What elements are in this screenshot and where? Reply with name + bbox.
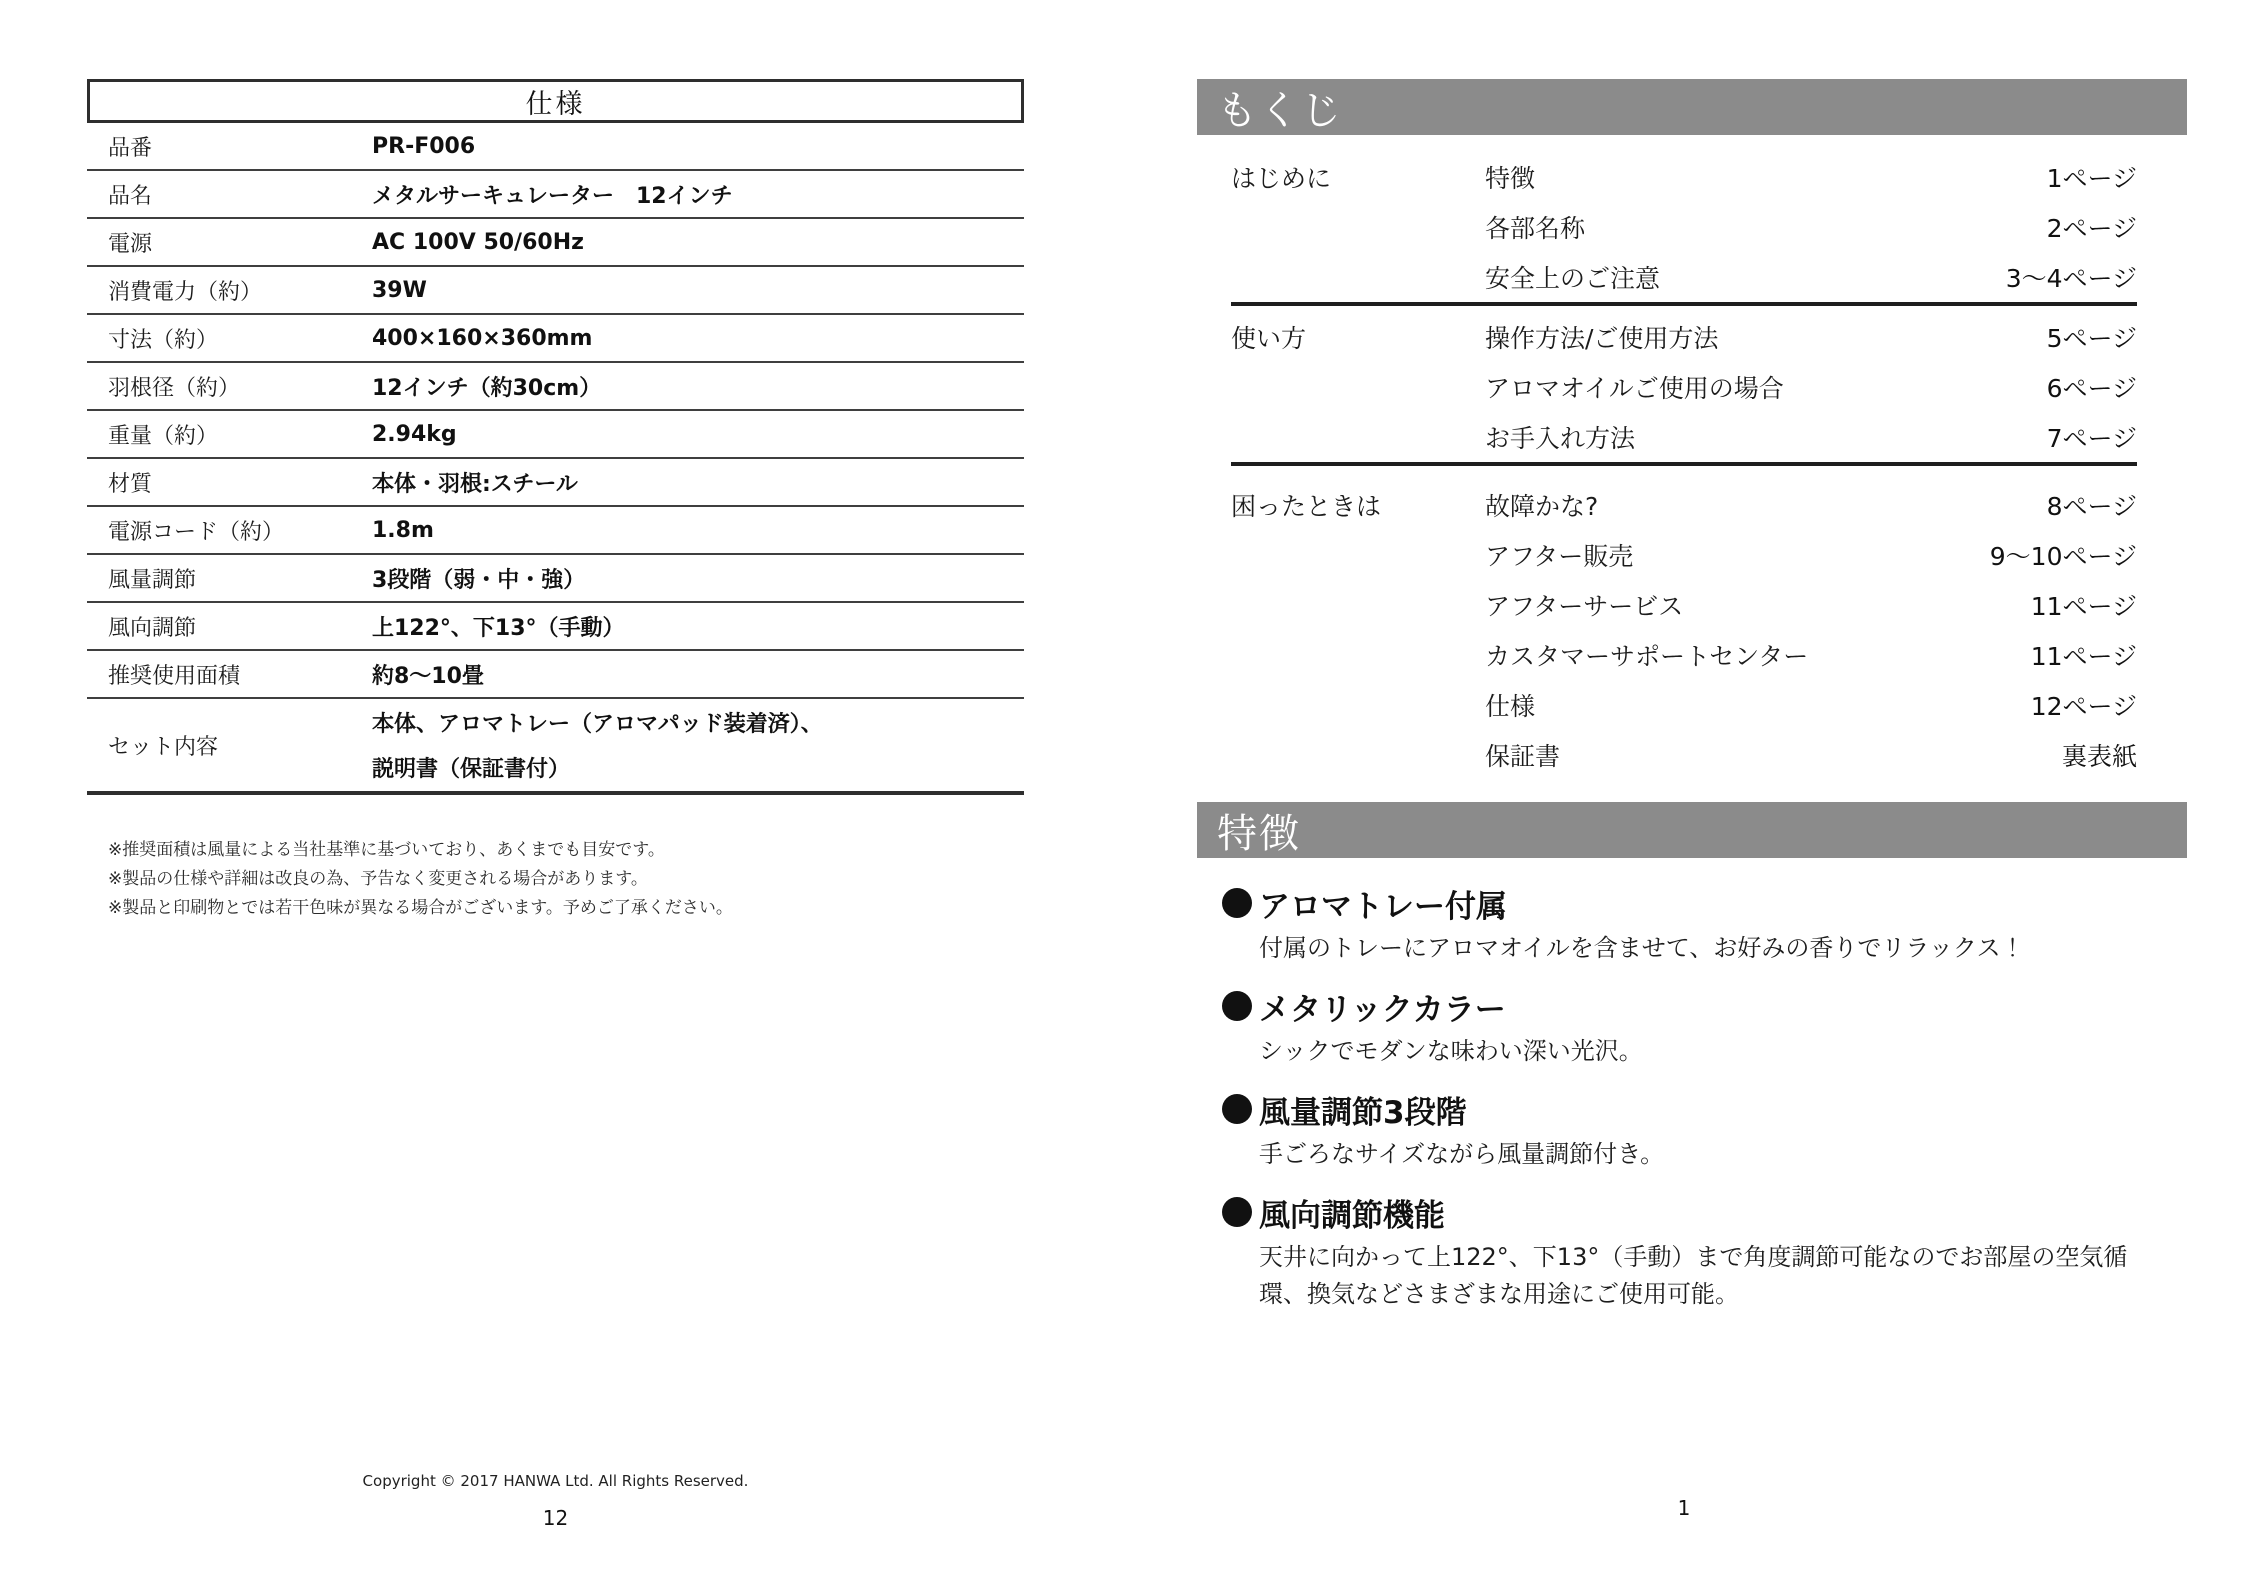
spec-value-line: 本体、アロマトレー（アロマパッド装着済）、	[372, 707, 823, 738]
spec-table-title: 仕様	[87, 79, 1024, 123]
spec-row: 風向調節 上122°、下13°（手動）	[87, 603, 1024, 651]
toc-item-label: 保証書	[1485, 737, 2062, 773]
spec-label: 羽根径（約）	[87, 371, 372, 402]
spec-row: 品名 メタルサーキュレーター 12インチ	[87, 171, 1024, 219]
spec-row: 消費電力（約） 39W	[87, 267, 1024, 315]
spec-label: 材質	[87, 467, 372, 498]
page-number-left: 12	[87, 1506, 1024, 1530]
spec-row: 材質 本体・羽根:スチール	[87, 459, 1024, 507]
toc-row: お手入れ方法 7ページ	[1231, 412, 2137, 462]
features-list: アロマトレー付属 付属のトレーにアロマオイルを含ませて、お好みの香りでリラックス…	[1222, 882, 2172, 1331]
spec-row: 電源コード（約） 1.8m	[87, 507, 1024, 555]
toc-table: はじめに 特徴 1ページ 各部名称 2ページ 安全上のご注意 3〜4ページ 使い…	[1231, 152, 2137, 780]
spec-value: 上122°、下13°（手動）	[372, 611, 625, 642]
features-header-bar: 特徴	[1197, 802, 2187, 858]
feature-desc: シックでモダンな味わい深い光沢。	[1259, 1033, 2172, 1070]
spec-value: PR-F006	[372, 134, 475, 159]
toc-item-page: 8ページ	[2047, 487, 2137, 523]
toc-row: 安全上のご注意 3〜4ページ	[1231, 252, 2137, 302]
toc-item-page: 5ページ	[2047, 319, 2137, 355]
toc-row: アロマオイルご使用の場合 6ページ	[1231, 362, 2137, 412]
spec-row: 重量（約） 2.94kg	[87, 411, 1024, 459]
spec-value: 本体・羽根:スチール	[372, 467, 578, 498]
spec-value: 39W	[372, 278, 427, 303]
toc-item-page: 2ページ	[2047, 209, 2137, 245]
bullet-icon	[1222, 888, 1252, 918]
toc-item-label: 安全上のご注意	[1485, 259, 2006, 295]
bullet-icon	[1222, 991, 1252, 1021]
note-line: ※推奨面積は風量による当社基準に基づいており、あくまでも目安です。	[108, 836, 733, 865]
spec-label: 重量（約）	[87, 419, 372, 450]
spec-label: 寸法（約）	[87, 323, 372, 354]
toc-section-tsukaikata: 使い方 操作方法/ご使用方法 5ページ アロマオイルご使用の場合 6ページ お手…	[1231, 306, 2137, 466]
toc-item-label: カスタマーサポートセンター	[1485, 637, 2031, 673]
feature-title: 風向調節機能	[1259, 1190, 1445, 1235]
spec-value-line: 説明書（保証書付）	[372, 752, 823, 783]
spec-value: 400×160×360mm	[372, 326, 592, 351]
toc-category: 使い方	[1231, 319, 1485, 355]
toc-item-label: 操作方法/ご使用方法	[1485, 319, 2047, 355]
feature-title: アロマトレー付属	[1259, 881, 1507, 926]
spec-label: 消費電力（約）	[87, 275, 372, 306]
toc-row: アフターサービス 11ページ	[1231, 580, 2137, 630]
spec-row: 電源 AC 100V 50/60Hz	[87, 219, 1024, 267]
spec-label: 風量調節	[87, 563, 372, 594]
toc-row: はじめに 特徴 1ページ	[1231, 152, 2137, 202]
spec-label: 推奨使用面積	[87, 659, 372, 690]
toc-row: カスタマーサポートセンター 11ページ	[1231, 630, 2137, 680]
spec-row: 寸法（約） 400×160×360mm	[87, 315, 1024, 363]
spec-table: 仕様 品番 PR-F006 品名 メタルサーキュレーター 12インチ 電源 AC…	[87, 79, 1024, 795]
toc-item-page: 裏表紙	[2062, 737, 2137, 773]
toc-item-label: 故障かな?	[1485, 487, 2047, 523]
toc-row: 仕様 12ページ	[1231, 680, 2137, 730]
toc-row: 困ったときは 故障かな? 8ページ	[1231, 480, 2137, 530]
spec-value: 3段階（弱・中・強）	[372, 563, 585, 594]
toc-item-page: 6ページ	[2047, 369, 2137, 405]
spec-label: 電源コード（約）	[87, 515, 372, 546]
feature-desc: 手ごろなサイズながら風量調節付き。	[1259, 1136, 2172, 1173]
copyright: Copyright © 2017 HANWA Ltd. All Rights R…	[87, 1472, 1024, 1490]
feature-item: メタリックカラー シックでモダンな味わい深い光沢。	[1222, 985, 2172, 1070]
features-header-label: 特徴	[1217, 802, 1301, 859]
toc-item-page: 12ページ	[2031, 687, 2137, 723]
toc-item-page: 11ページ	[2031, 637, 2137, 673]
spec-value: 12インチ（約30cm）	[372, 371, 601, 402]
spec-value: 1.8m	[372, 518, 434, 543]
toc-section-hajimeni: はじめに 特徴 1ページ 各部名称 2ページ 安全上のご注意 3〜4ページ	[1231, 152, 2137, 306]
spec-row: 羽根径（約） 12インチ（約30cm）	[87, 363, 1024, 411]
spec-row: 推奨使用面積 約8〜10畳	[87, 651, 1024, 699]
spec-label: 風向調節	[87, 611, 372, 642]
toc-item-label: お手入れ方法	[1485, 419, 2047, 455]
note-line: ※製品の仕様や詳細は改良の為、予告なく変更される場合があります。	[108, 865, 733, 894]
toc-header-bar: もくじ	[1197, 79, 2187, 135]
feature-item: アロマトレー付属 付属のトレーにアロマオイルを含ませて、お好みの香りでリラックス…	[1222, 882, 2172, 967]
spec-value: 2.94kg	[372, 422, 457, 447]
toc-item-page: 3〜4ページ	[2006, 259, 2137, 295]
toc-item-label: アフターサービス	[1485, 587, 2031, 623]
spec-label: セット内容	[87, 730, 372, 761]
spec-value: メタルサーキュレーター 12インチ	[372, 179, 733, 210]
toc-item-label: 仕様	[1485, 687, 2031, 723]
page-number-right: 1	[1123, 1496, 2245, 1520]
toc-item-page: 1ページ	[2047, 159, 2137, 195]
spec-label: 品番	[87, 131, 372, 162]
spec-row: セット内容 本体、アロマトレー（アロマパッド装着済）、 説明書（保証書付）	[87, 699, 1024, 795]
spec-value: AC 100V 50/60Hz	[372, 230, 584, 255]
bullet-icon	[1222, 1094, 1252, 1124]
manual-spread: 仕様 品番 PR-F006 品名 メタルサーキュレーター 12インチ 電源 AC…	[0, 0, 2245, 1587]
toc-item-label: アロマオイルご使用の場合	[1485, 369, 2047, 405]
toc-item-label: アフター販売	[1485, 537, 1990, 573]
toc-category: 困ったときは	[1231, 487, 1485, 523]
spec-notes: ※推奨面積は風量による当社基準に基づいており、あくまでも目安です。 ※製品の仕様…	[108, 836, 733, 923]
toc-item-label: 特徴	[1485, 159, 2047, 195]
spec-label: 品名	[87, 179, 372, 210]
toc-row: 使い方 操作方法/ご使用方法 5ページ	[1231, 312, 2137, 362]
toc-header-label: もくじ	[1217, 79, 1343, 136]
spec-row: 風量調節 3段階（弱・中・強）	[87, 555, 1024, 603]
spec-value: 約8〜10畳	[372, 659, 484, 690]
toc-item-page: 9〜10ページ	[1990, 537, 2137, 573]
feature-desc: 天井に向かって上122°、下13°（手動）まで角度調節可能なのでお部屋の空気循環…	[1259, 1239, 2172, 1313]
feature-item: 風量調節3段階 手ごろなサイズながら風量調節付き。	[1222, 1088, 2172, 1173]
note-line: ※製品と印刷物とでは若干色味が異なる場合がございます。予めご了承ください。	[108, 894, 733, 923]
toc-item-page: 11ページ	[2031, 587, 2137, 623]
bullet-icon	[1222, 1197, 1252, 1227]
toc-section-komatta: 困ったときは 故障かな? 8ページ アフター販売 9〜10ページ アフターサービ…	[1231, 466, 2137, 780]
spec-row: 品番 PR-F006	[87, 123, 1024, 171]
feature-desc: 付属のトレーにアロマオイルを含ませて、お好みの香りでリラックス！	[1259, 930, 2172, 967]
spec-value: 本体、アロマトレー（アロマパッド装着済）、 説明書（保証書付）	[372, 707, 823, 783]
toc-row: アフター販売 9〜10ページ	[1231, 530, 2137, 580]
feature-item: 風向調節機能 天井に向かって上122°、下13°（手動）まで角度調節可能なのでお…	[1222, 1191, 2172, 1313]
feature-title: 風量調節3段階	[1259, 1087, 1467, 1132]
toc-item-label: 各部名称	[1485, 209, 2047, 245]
feature-title: メタリックカラー	[1259, 984, 1506, 1029]
spec-label: 電源	[87, 227, 372, 258]
toc-row: 保証書 裏表紙	[1231, 730, 2137, 780]
toc-item-page: 7ページ	[2047, 419, 2137, 455]
toc-row: 各部名称 2ページ	[1231, 202, 2137, 252]
toc-category: はじめに	[1231, 159, 1485, 195]
